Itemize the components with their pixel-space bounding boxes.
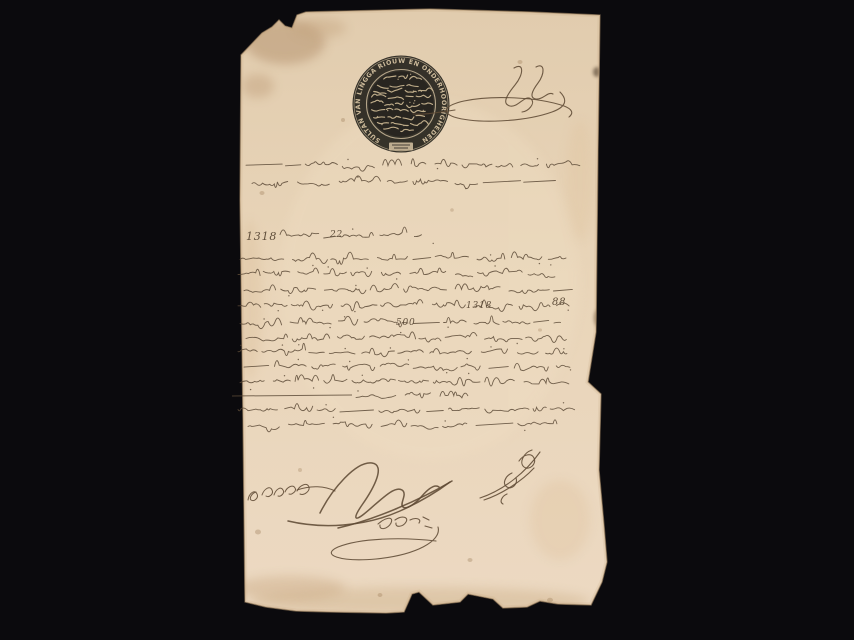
handwritten-numeral: 1318 [466, 301, 492, 311]
document-scan: Photographed aged manuscript letter with… [0, 0, 854, 640]
seal-bottom-tablet [389, 143, 413, 151]
handwritten-numeral: 88 [552, 297, 566, 308]
handwritten-numeral: 1318 [246, 230, 277, 243]
handwritten-numeral: 22 [329, 230, 343, 240]
handwritten-numeral: 500 [396, 318, 416, 328]
seal-stamp: SULTAN VAN LINGGA RIOUW EN ONDERHOORIGHE… [353, 56, 450, 153]
photographed-document: Photographed aged manuscript letter with… [0, 0, 854, 640]
